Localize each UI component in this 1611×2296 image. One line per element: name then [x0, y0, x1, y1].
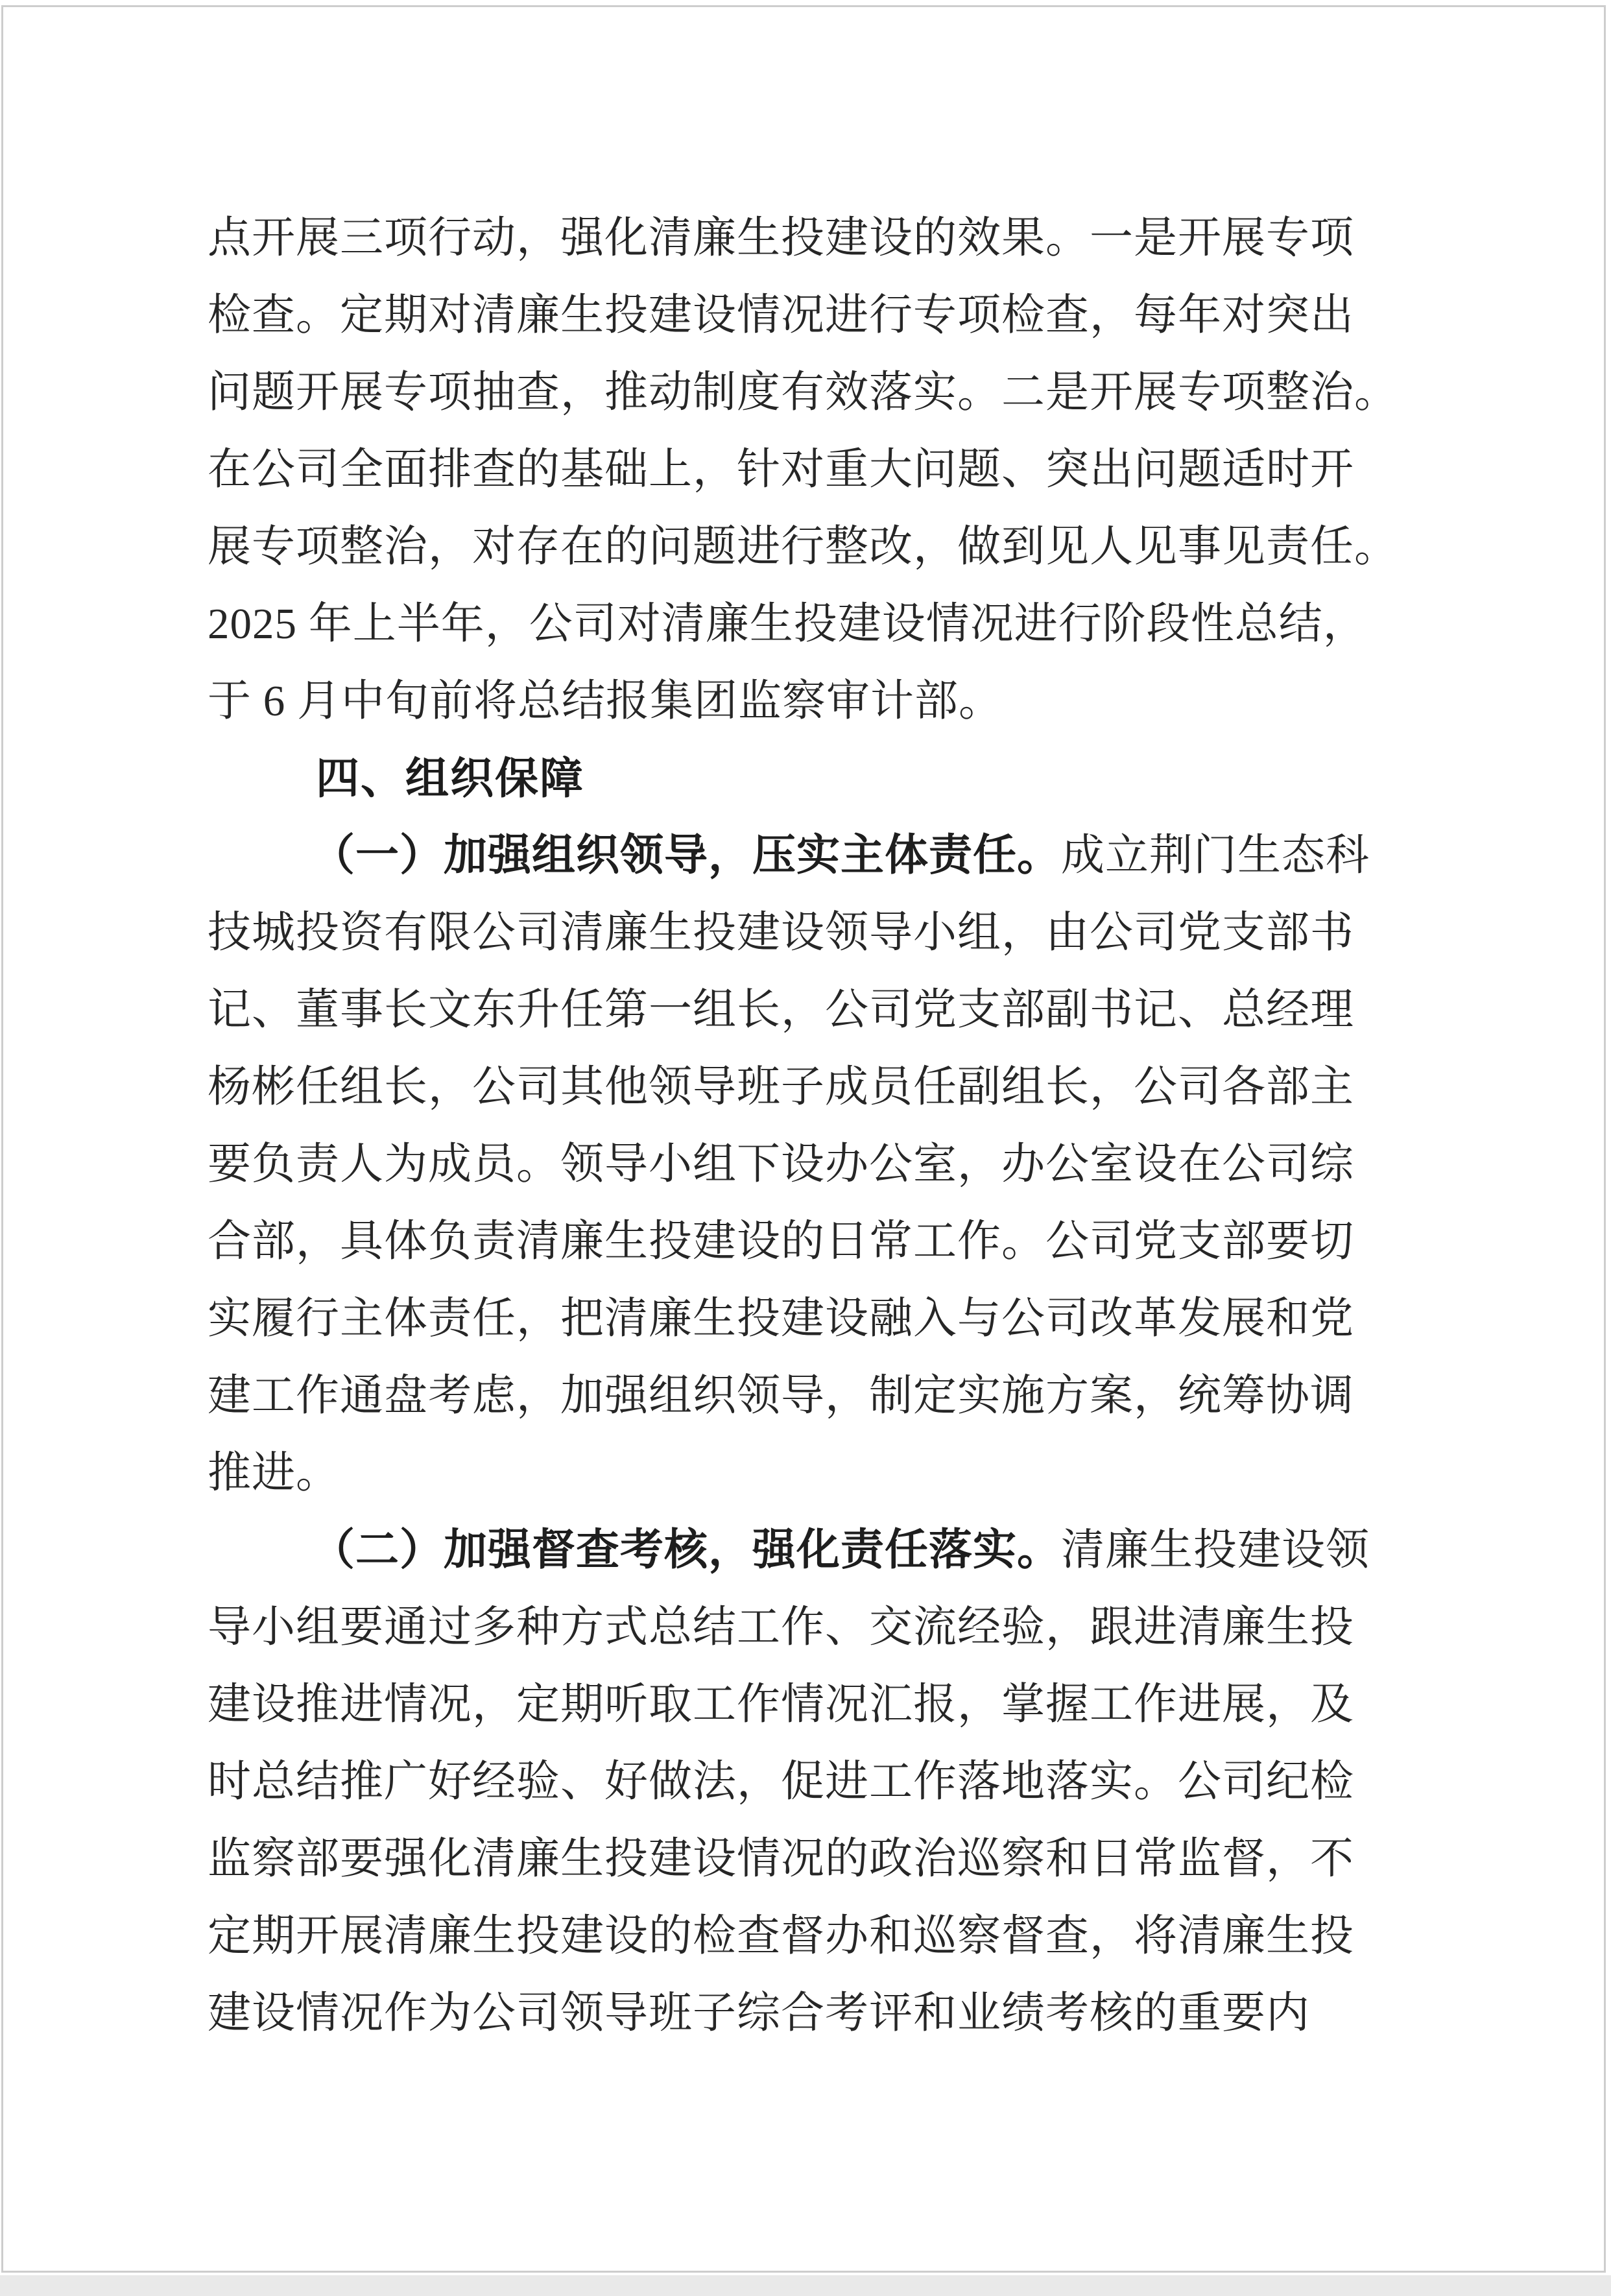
text-line: 定期开展清廉生投建设的检查督办和巡察督查，将清廉生投 — [208, 1898, 1479, 1975]
text-line: 杨彬任组长，公司其他领导班子成员任副组长，公司各部主 — [208, 1049, 1479, 1126]
text-line: 建设推进情况，定期听取工作情况汇报，掌握工作进展，及 — [208, 1666, 1479, 1743]
text-line: 于 6 月中旬前将总结报集团监察审计部。 — [208, 663, 1479, 740]
text-line: 时总结推广好经验、好做法，促进工作落地落实。公司纪检 — [208, 1743, 1479, 1821]
text-line: 要负责人为成员。领导小组下设办公室，办公室设在公司综 — [208, 1126, 1479, 1203]
paragraph-lead-line: （二）加强督查考核，强化责任落实。清廉生投建设领 — [208, 1512, 1479, 1589]
text-line: 导小组要通过多种方式总结工作、交流经验，跟进清廉生投 — [208, 1589, 1479, 1666]
text-line: 建工作通盘考虑，加强组织领导，制定实施方案，统筹协调 — [208, 1357, 1479, 1435]
paragraph-lead-bold: （一）加强组织领导，压实主体责任。 — [311, 831, 1061, 879]
text-line: 实履行主体责任，把清廉生投建设融入与公司改革发展和党 — [208, 1280, 1479, 1357]
text-line: 在公司全面排查的基础上，针对重大问题、突出问题适时开 — [208, 431, 1479, 508]
text-line: 问题开展专项抽查，推动制度有效落实。二是开展专项整治。 — [208, 354, 1479, 431]
scanner-bottom-band — [0, 2275, 1611, 2296]
paragraph-lead-bold: （二）加强督查考核，强化责任落实。 — [311, 1526, 1061, 1574]
paragraph-lead-line: （一）加强组织领导，压实主体责任。成立荆门生态科 — [208, 817, 1479, 894]
document-text-block: 点开展三项行动，强化清廉生投建设的效果。一是开展专项 检查。定期对清廉生投建设情… — [208, 200, 1479, 2052]
text-line: 展专项整治，对存在的问题进行整改，做到见人见事见责任。 — [208, 508, 1479, 586]
text-line: 推进。 — [208, 1435, 1479, 1512]
text-line: 技城投资有限公司清廉生投建设领导小组，由公司党支部书 — [208, 894, 1479, 972]
text-line: 检查。定期对清廉生投建设情况进行专项检查，每年对突出 — [208, 277, 1479, 354]
text-line: 记、董事长文东升任第一组长，公司党支部副书记、总经理 — [208, 972, 1479, 1049]
text-line: 监察部要强化清廉生投建设情况的政治巡察和日常监督，不 — [208, 1821, 1479, 1898]
text-line: 点开展三项行动，强化清廉生投建设的效果。一是开展专项 — [208, 200, 1479, 277]
text-line: 建设情况作为公司领导班子综合考评和业绩考核的重要内 — [208, 1975, 1479, 2052]
paragraph-lead-rest: 成立荆门生态科 — [1061, 831, 1370, 879]
section-heading: 四、组织保障 — [208, 740, 1479, 817]
text-line: 2025 年上半年，公司对清廉生投建设情况进行阶段性总结， — [208, 586, 1479, 663]
text-line: 合部，具体负责清廉生投建设的日常工作。公司党支部要切 — [208, 1203, 1479, 1280]
paragraph-lead-rest: 清廉生投建设领 — [1061, 1526, 1370, 1574]
